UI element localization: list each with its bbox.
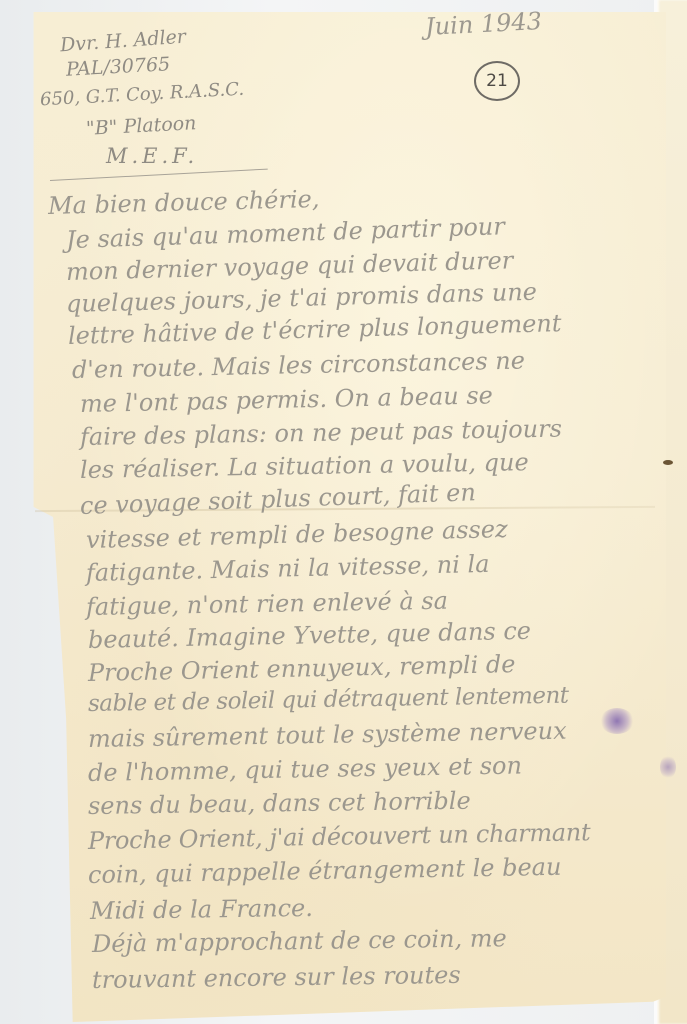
letter-line: Déjà m'approchant de ce coin, me [92,924,507,958]
letter-line: sens du beau, dans cet horrible [88,787,471,820]
letter-line: trouvant encore sur les routes [92,961,461,994]
page-number-value: 21 [486,71,508,91]
purple-ink-smudge [600,708,634,734]
address-line-force: M.E.F. [106,144,198,168]
letter-line: Midi de la France. [90,894,313,925]
brown-stain-mark [663,460,673,465]
page-number-circled: 21 [474,61,520,101]
purple-ink-mark [660,755,676,779]
